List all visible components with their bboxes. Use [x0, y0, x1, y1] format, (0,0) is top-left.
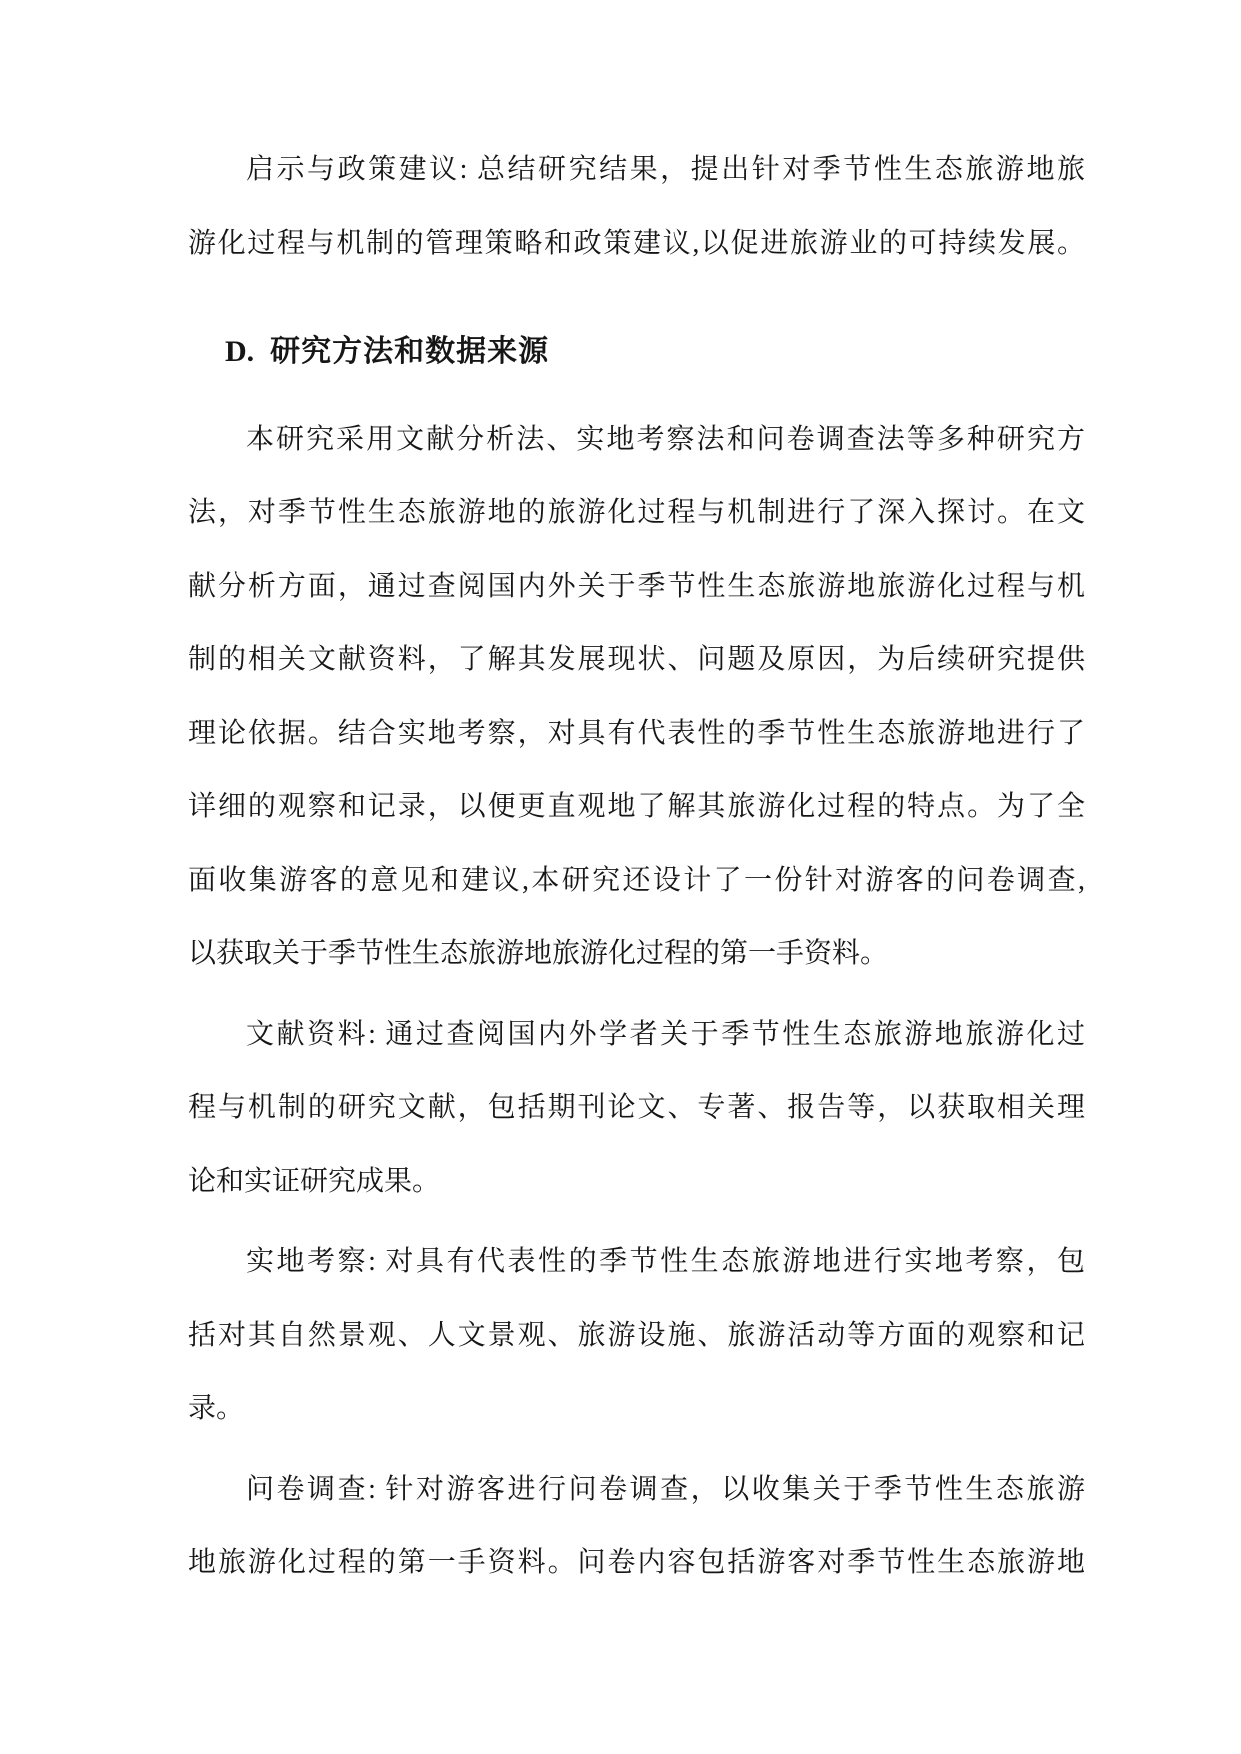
paragraph: 启示与政策建议: 总结研究结果，提出针对季节性生态旅游地旅游化过程与机制的管理策…	[188, 133, 1085, 280]
text-line: 理论依据。结合实地考察，对具有代表性的季节性生态旅游地进行了	[188, 697, 1085, 771]
text-line: 献分析方面，通过查阅国内外关于季节性生态旅游地旅游化过程与机	[188, 550, 1085, 624]
text-line: 制的相关文献资料，了解其发展现状、问题及原因，为后续研究提供	[188, 623, 1085, 697]
text-line: 地旅游化过程的第一手资料。问卷内容包括游客对季节性生态旅游地	[188, 1526, 1085, 1600]
section-heading-text: 研究方法和数据来源	[270, 335, 549, 368]
text-line: 录。	[188, 1372, 1085, 1446]
text-line: 论和实证研究成果。	[188, 1145, 1085, 1219]
paragraph: 问卷调查: 针对游客进行问卷调查，以收集关于季节性生态旅游地旅游化过程的第一手资…	[188, 1453, 1085, 1600]
text-line: 本研究采用文献分析法、实地考察法和问卷调查法等多种研究方	[188, 403, 1085, 477]
document-content: 启示与政策建议: 总结研究结果，提出针对季节性生态旅游地旅游化过程与机制的管理策…	[188, 133, 1085, 1600]
text-line: 详细的观察和记录，以便更直观地了解其旅游化过程的特点。为了全	[188, 770, 1085, 844]
text-line: 括对其自然景观、人文景观、旅游设施、旅游活动等方面的观察和记	[188, 1299, 1085, 1373]
text-line: 实地考察: 对具有代表性的季节性生态旅游地进行实地考察，包	[188, 1225, 1085, 1299]
text-line: 面收集游客的意见和建议,本研究还设计了一份针对游客的问卷调查,	[188, 844, 1085, 918]
text-line: 文献资料: 通过查阅国内外学者关于季节性生态旅游地旅游化过	[188, 998, 1085, 1072]
text-line: 游化过程与机制的管理策略和政策建议,以促进旅游业的可持续发展。	[188, 207, 1085, 281]
text-line: 问卷调查: 针对游客进行问卷调查，以收集关于季节性生态旅游	[188, 1453, 1085, 1527]
section-heading: D.研究方法和数据来源	[188, 315, 1085, 389]
text-line: 法，对季节性生态旅游地的旅游化过程与机制进行了深入探讨。在文	[188, 476, 1085, 550]
section-heading-number: D.	[225, 315, 254, 389]
paragraph: 实地考察: 对具有代表性的季节性生态旅游地进行实地考察，包括对其自然景观、人文景…	[188, 1225, 1085, 1446]
paragraph: 本研究采用文献分析法、实地考察法和问卷调查法等多种研究方法，对季节性生态旅游地的…	[188, 403, 1085, 991]
text-line: 以获取关于季节性生态旅游地旅游化过程的第一手资料。	[188, 917, 1085, 991]
text-line: 启示与政策建议: 总结研究结果，提出针对季节性生态旅游地旅	[188, 133, 1085, 207]
text-line: 程与机制的研究文献，包括期刊论文、专著、报告等，以获取相关理	[188, 1071, 1085, 1145]
document-page: 启示与政策建议: 总结研究结果，提出针对季节性生态旅游地旅游化过程与机制的管理策…	[0, 0, 1241, 1754]
paragraph: 文献资料: 通过查阅国内外学者关于季节性生态旅游地旅游化过程与机制的研究文献，包…	[188, 998, 1085, 1219]
